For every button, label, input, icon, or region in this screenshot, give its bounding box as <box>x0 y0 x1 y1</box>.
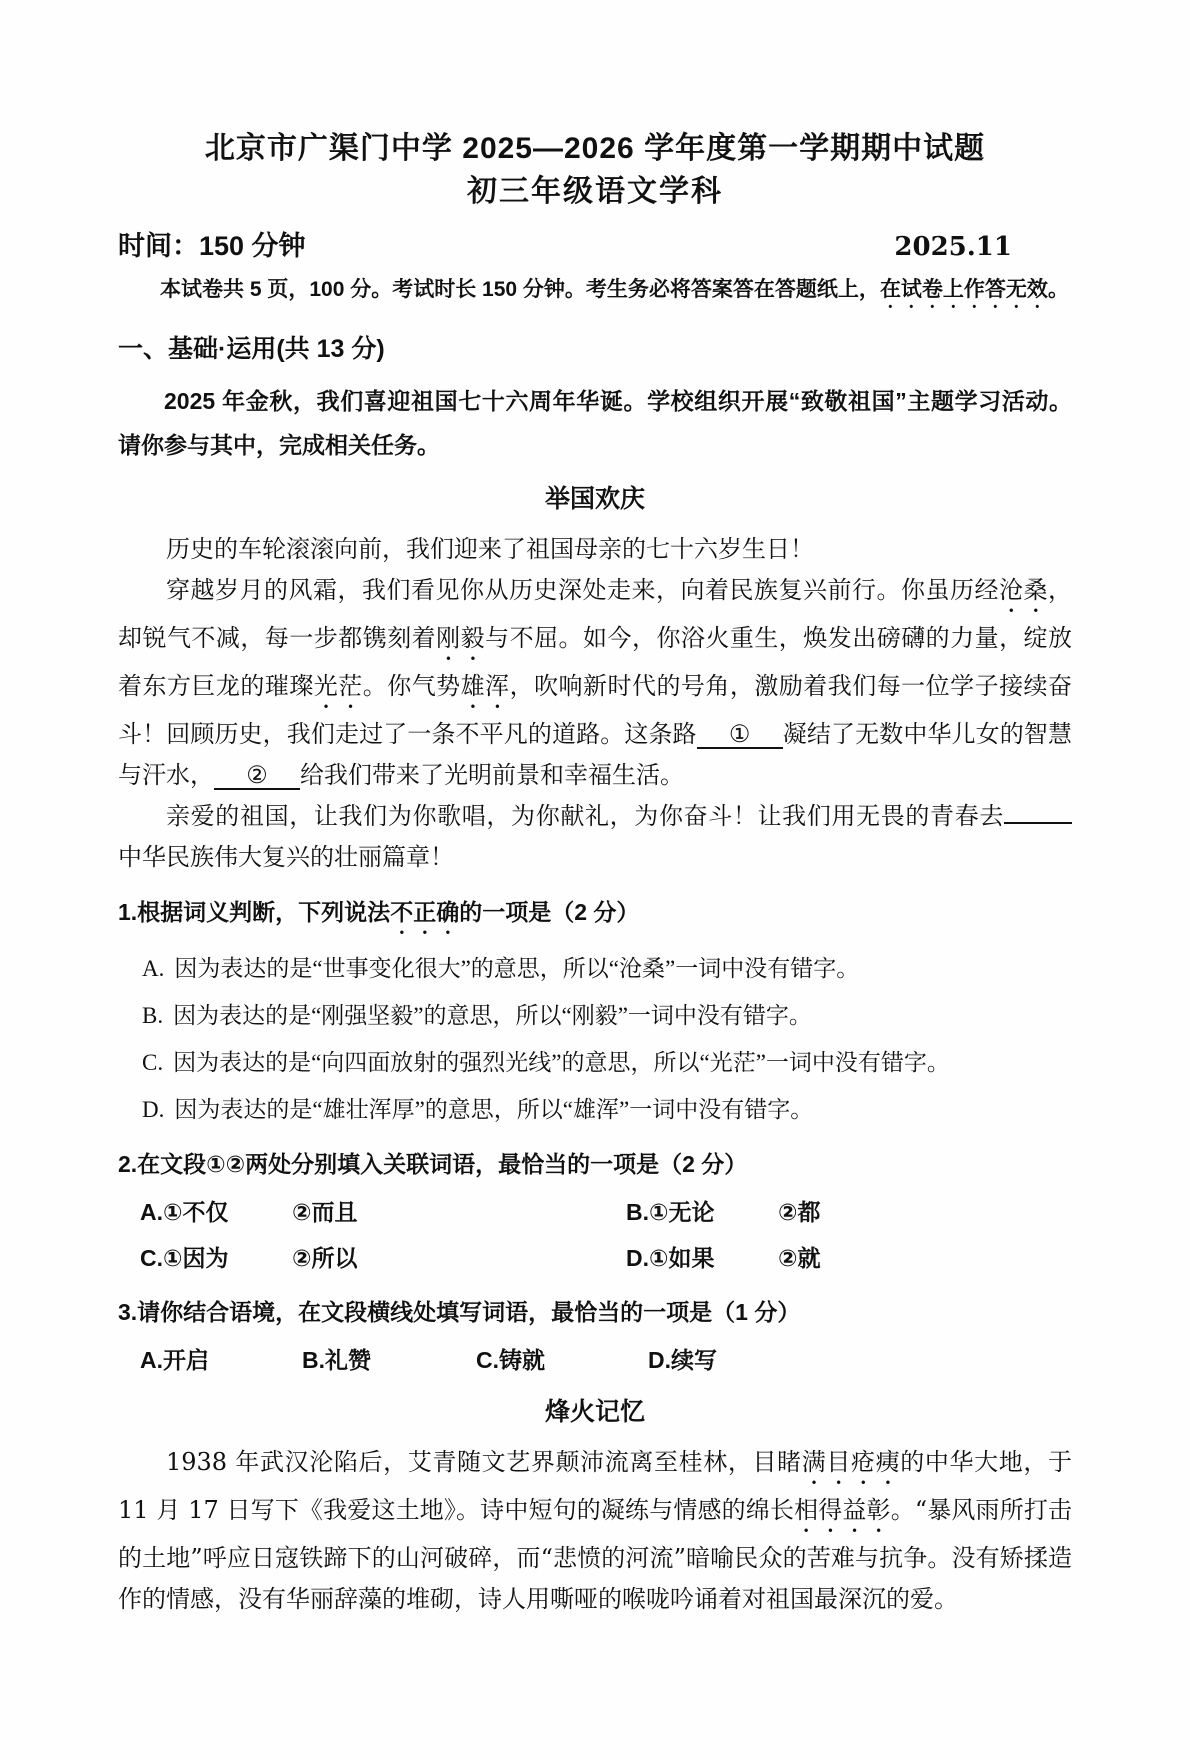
q1-option-a: A.因为表达的是“世事变化很大”的意思，所以“沧桑”一词中没有错字。 <box>142 949 1072 989</box>
q1-option-c-label: C. <box>142 1050 163 1075</box>
q2-option-a1: A.①不仅 <box>140 1192 292 1232</box>
q1-stem-text: 的一项是（2 分） <box>459 899 639 925</box>
q1-option-b-label: B. <box>142 1003 163 1028</box>
fill-in-blank-line <box>1004 798 1072 824</box>
q1-option-d-label: D. <box>142 1097 164 1122</box>
passage2-emph-manmuchuangyi: 满目疮痍 <box>802 1448 901 1476</box>
q1-option-c: C.因为表达的是“向四面放射的强烈光线”的意思，所以“光茫”一词中没有错字。 <box>142 1043 1072 1083</box>
passage-one: 历史的车轮滚滚向前，我们迎来了祖国母亲的七十六岁生日！ 穿越岁月的风霜，我们看见… <box>118 529 1072 878</box>
passage-two-para: 1938 年武汉沦陷后，艾青随文艺界颠沛流离至桂林，目睹满目疮痍的中华大地，于 … <box>118 1442 1072 1620</box>
p2-text: 穿越岁月的风霜，我们看见你从历史深处走来，向着民族复兴前行。你虽历经 <box>166 576 999 604</box>
q1-stem-text: 1.根据词义判断，下列说法 <box>118 899 390 925</box>
question-1-stem: 1.根据词义判断，下列说法不正确的一项是（2 分） <box>118 892 1072 939</box>
passage-two-title: 烽火记忆 <box>118 1392 1072 1432</box>
q1-option-b-text: 因为表达的是“刚强坚毅”的意思，所以“刚毅”一词中没有错字。 <box>173 1003 812 1028</box>
passage-one-para-2: 穿越岁月的风霜，我们看见你从历史深处走来，向着民族复兴前行。你虽历经沧桑，却锐气… <box>118 570 1072 796</box>
section-one-intro: 2025 年金秋，我们喜迎祖国七十六周年华诞。学校组织开展“致敬祖国”主题学习活… <box>118 379 1072 467</box>
blank-circle-1: ① <box>697 721 783 749</box>
q2-option-c1: C.①因为 <box>140 1238 292 1278</box>
q1-option-b: B.因为表达的是“刚强坚毅”的意思，所以“刚毅”一词中没有错字。 <box>142 996 1072 1036</box>
notice-main: 本试卷共 5 页，100 分。考试时长 150 分钟。考生务必将答案答在答题纸上… <box>160 278 880 301</box>
p2-text: 。你气势 <box>363 672 461 700</box>
page-title: 北京市广渠门中学 2025—2026 学年度第一学期期中试题 <box>118 128 1072 170</box>
q2-option-a2: ②而且 <box>292 1192 626 1232</box>
question-1-options: A.因为表达的是“世事变化很大”的意思，所以“沧桑”一词中没有错字。 B.因为表… <box>142 949 1072 1130</box>
q1-option-c-text: 因为表达的是“向四面放射的强烈光线”的意思，所以“光茫”一词中没有错字。 <box>173 1050 950 1075</box>
passage2-emph-xiangdeyizhang: 相得益彰 <box>794 1496 891 1524</box>
passage-one-para-3: 亲爱的祖国，让我们为你歌唱，为你献礼，为你奋斗！让我们用无畏的青春去中华民族伟大… <box>118 796 1072 878</box>
blank-circle-2: ② <box>214 762 300 790</box>
q1-option-d-text: 因为表达的是“雄壮浑厚”的意思，所以“雄浑”一词中没有错字。 <box>174 1097 813 1122</box>
page-content: 北京市广渠门中学 2025—2026 学年度第一学期期中试题 初三年级语文学科 … <box>0 0 1190 1620</box>
q2-option-d2: ②就 <box>778 1238 1072 1278</box>
notice-emphasis: 在试卷上作答无效 <box>880 278 1048 301</box>
p2-emph-cangsang: 沧桑 <box>999 576 1048 604</box>
passage-one-title: 举国欢庆 <box>118 479 1072 519</box>
question-2-options: A.①不仅 ②而且 B.①无论 ②都 C.①因为 ②所以 D.①如果 ②就 <box>140 1192 1072 1278</box>
q3-option-d: D.续写 <box>648 1340 1072 1380</box>
exam-notice: 本试卷共 5 页，100 分。考试时长 150 分钟。考生务必将答案答在答题纸上… <box>118 273 1072 313</box>
q2-option-d1: D.①如果 <box>626 1238 778 1278</box>
p2-emph-xionghun: 雄浑 <box>461 672 510 700</box>
q2-option-b1: B.①无论 <box>626 1192 778 1232</box>
exam-paper-page: 北京市广渠门中学 2025—2026 学年度第一学期期中试题 初三年级语文学科 … <box>0 0 1190 1760</box>
question-2-stem: 2.在文段①②两处分别填入关联词语，最恰当的一项是（2 分） <box>118 1144 1072 1184</box>
passage-two: 1938 年武汉沦陷后，艾青随文艺界颠沛流离至桂林，目睹满目疮痍的中华大地，于 … <box>118 1442 1072 1620</box>
exam-date: 2025.11 <box>894 232 1012 262</box>
q2-option-c2: ②所以 <box>292 1238 626 1278</box>
q1-option-d: D.因为表达的是“雄壮浑厚”的意思，所以“雄浑”一词中没有错字。 <box>142 1090 1072 1130</box>
passage-one-para-1: 历史的车轮滚滚向前，我们迎来了祖国母亲的七十六岁生日！ <box>118 529 1072 570</box>
passage2-text: 1938 年武汉沦陷后，艾青随文艺界颠沛流离至桂林，目睹 <box>166 1448 802 1476</box>
q3-option-c: C.铸就 <box>476 1340 648 1380</box>
q3-option-b: B.礼赞 <box>302 1340 476 1380</box>
meta-row: 时间：150 分钟 2025.11 <box>118 224 1072 263</box>
p3-text: 亲爱的祖国，让我们为你歌唱，为你献礼，为你奋斗！让我们用无畏的青春去 <box>166 802 1004 830</box>
page-subtitle: 初三年级语文学科 <box>118 170 1072 214</box>
notice-end: 。 <box>1048 278 1069 301</box>
p2-emph-gangyi: 刚毅 <box>436 624 485 652</box>
question-3-stem: 3.请你结合语境，在文段横线处填写词语，最恰当的一项是（1 分） <box>118 1292 1072 1332</box>
q2-option-b2: ②都 <box>778 1192 1072 1232</box>
p3-text: 中华民族伟大复兴的壮丽篇章！ <box>118 843 454 871</box>
section-one-heading: 一、基础·运用(共 13 分) <box>118 329 1072 369</box>
p2-emph-guangmang: 光茫 <box>314 672 363 700</box>
q1-stem-emphasis: 不正确 <box>390 899 459 925</box>
q1-option-a-label: A. <box>142 956 164 981</box>
time-label: 时间：150 分钟 <box>118 224 306 263</box>
p2-text: 给我们带来了光明前景和幸福生活。 <box>300 761 684 789</box>
question-3-options: A.开启 B.礼赞 C.铸就 D.续写 <box>140 1340 1072 1380</box>
q1-option-a-text: 因为表达的是“世事变化很大”的意思，所以“沧桑”一词中没有错字。 <box>174 956 859 981</box>
q3-option-a: A.开启 <box>140 1340 302 1380</box>
